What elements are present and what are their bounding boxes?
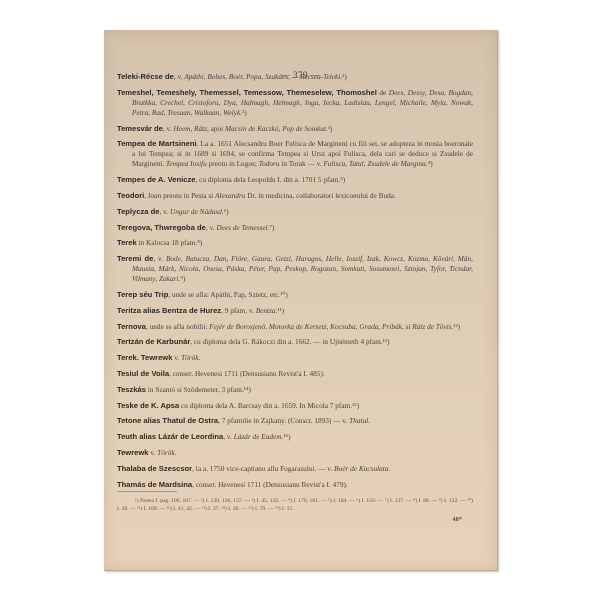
entry-text: ²) (242, 108, 247, 117)
entry-text: ¹⁶) (283, 432, 290, 441)
entry-text: si (404, 322, 413, 331)
entry-headword: Terep séu Trip (117, 290, 168, 299)
entry-headword: Tetone alias Thatul de Ostra (117, 416, 218, 425)
entry-text: ⁹) (180, 274, 185, 283)
entry-text: in Kalocsa 18 pfam. (137, 238, 198, 247)
entry-text: ¹²) (453, 322, 460, 331)
entry-text: Dr. in medicina, collaboratori lexiconul… (245, 191, 395, 200)
entry-text: , v. (153, 254, 166, 263)
entry-text: ¹⁴) (244, 385, 251, 394)
entry-headword: Teremi de (117, 254, 153, 263)
entry-text: , 9 pfam. v. (221, 306, 256, 315)
dictionary-entry: Temesvár de, v. Heem, Rátz, apoi Macsin … (117, 124, 473, 134)
entry-text: ³) (328, 124, 333, 133)
entry-text: Alexandru (215, 191, 245, 200)
entry-text: , conser. Hevenesi 1711 (Densusianu Revi… (192, 480, 348, 489)
dictionary-entry: Tempea de Martsineni. La a. 1651 Alecsan… (117, 139, 473, 169)
dictionary-entry: Tetone alias Thatul de Ostra, 7 pfamilie… (117, 416, 473, 426)
entry-headword: Tempes de A. Venicze (117, 175, 196, 184)
entry-text: Ungur de Nádasd. (170, 207, 224, 216)
entry-headword: Terek. Tewrewk (117, 353, 172, 362)
entry-text: Tempea Iosifu (166, 159, 207, 168)
entry-text: , cu diploma dela Leopoldu I. din a. 170… (196, 175, 341, 184)
entry-text: in Szantó si Szödemeter, 3 pfam. (146, 385, 244, 394)
entry-text: cu diploma dela A. Barcsay din a. 1659. … (179, 401, 352, 410)
dictionary-entry: Teremi de, v. Bode, Batucza, Dan, Flóre,… (117, 254, 473, 284)
entry-text: Török. (157, 448, 176, 457)
entry-text: , la a. 1750 vice-capitanu allu Fogarasu… (192, 464, 334, 473)
entry-text: , cu diploma dela G. Rákoczi din a. 1662… (190, 337, 383, 346)
entry-text: Bentza. (256, 306, 278, 315)
dictionary-entry: Temeshel, Temeshely, Themessel, Temessow… (117, 88, 473, 118)
entry-text: in Torak — v. (280, 159, 324, 168)
entry-text: Rátz de Tövis. (412, 322, 453, 331)
entry-text: , v. (174, 72, 184, 81)
entry-text: ¹⁵) (352, 401, 359, 410)
entry-headword: Tertzán de Karbunár (117, 337, 190, 346)
entry-headword: Teritza alias Bentza de Hurez (117, 306, 221, 315)
entry-text: Fejér de Borosjenö, Motorka de Kersetz, … (209, 322, 404, 331)
dictionary-entry: Terek in Kalocsa 18 pfam.⁸) (117, 238, 473, 248)
entry-text: , v. (160, 207, 170, 216)
dictionary-entries: Teleki-Récse de, v. Apáthi, Bohes, Boér,… (117, 72, 473, 495)
entry-text: Dees de Temessel. (216, 223, 269, 232)
dictionary-entry: Thalaba de Szescsor, la a. 1750 vice-cap… (117, 464, 473, 474)
entry-headword: Teodori (117, 191, 144, 200)
entry-headword: Teplycza de (117, 207, 160, 216)
entry-text: , apoi (207, 124, 225, 133)
entry-text: v. (149, 448, 158, 457)
dictionary-entry: Terep séu Trip, unde se afla: Apáthi, Pa… (117, 290, 473, 300)
entry-headword: Teuth alias Lázár de Leordina (117, 432, 223, 441)
book-page: — 379 — Teleki-Récse de, v. Apáthi, Bohe… (104, 30, 498, 571)
entry-text: ¹¹) (277, 306, 284, 315)
dictionary-entry: Tesiul de Voila, conser. Hevenesi 1711 (… (117, 369, 473, 379)
entry-text: Ioan (148, 191, 161, 200)
entry-text: , conser. Hevenesi 1711 (Densusianu Revi… (169, 369, 325, 378)
entry-text: Fulisca, Tatul, Zsudele de Margina. (323, 159, 427, 168)
dictionary-entry: Teregova, Thwregoba de, v. Dees de Temes… (117, 223, 473, 233)
entry-text: v. (172, 353, 181, 362)
entry-text: Macsin de Kaczkó, Pop de Somkut. (225, 124, 328, 133)
entry-text: , unde se afla: Apáthi, Pap, Sztetz, etc… (168, 290, 280, 299)
entry-headword: Temesvár de (117, 124, 163, 133)
footnote-separator (117, 491, 177, 492)
entry-headword: Tesiul de Voila (117, 369, 169, 378)
entry-text: Thatul. (349, 416, 370, 425)
entry-text: , v. (223, 432, 233, 441)
entry-headword: Tempea de Martsineni (117, 139, 197, 148)
entry-headword: Teszkás (117, 385, 146, 394)
dictionary-entry: Teske de K. Apsa cu diploma dela A. Barc… (117, 401, 473, 411)
entry-text: ⁷) (269, 223, 274, 232)
dictionary-entry: Tertzán de Karbunár, cu diploma dela G. … (117, 337, 473, 347)
footnotes: ¹) Partea I. pag. 106, 107. — ²) I. 130,… (117, 498, 473, 513)
entry-headword: Tewrewk (117, 448, 149, 457)
entry-headword: Teleki-Récse de (117, 72, 174, 81)
dictionary-entry: Teodori, Ioan preotu in Pesta si Alexand… (117, 191, 473, 201)
dictionary-entry: Tempes de A. Venicze, cu diploma dela Le… (117, 175, 473, 185)
dictionary-entry: Teplycza de, v. Ungur de Nádasd.⁶) (117, 207, 473, 217)
entry-text: , v. (163, 124, 173, 133)
entry-text: preotu in Lugos; (207, 159, 259, 168)
dictionary-entry: Terek. Tewrewk v. Török. (117, 353, 473, 363)
entry-text: , unde se afla nobilii: (146, 322, 209, 331)
entry-text: Török. (181, 353, 200, 362)
entry-text: de (377, 88, 389, 97)
entry-text: ⁵) (340, 175, 345, 184)
entry-text: , 7 pfamilie in Zajkany. (Conscr. 1893) … (218, 416, 349, 425)
entry-text: Boér de Kucsulata. (334, 464, 390, 473)
entry-text: ¹⁰) (280, 290, 288, 299)
entry-headword: Teske de K. Apsa (117, 401, 179, 410)
entry-text: , v. (206, 223, 216, 232)
printer-signature: 48* (452, 516, 462, 523)
dictionary-entry: Teritza alias Bentza de Hurez, 9 pfam. v… (117, 306, 473, 316)
entry-headword: Thalaba de Szescsor (117, 464, 192, 473)
entry-headword: Ternova (117, 322, 146, 331)
dictionary-entry: Thamás de Mardsina, conser. Hevenesi 171… (117, 480, 473, 490)
entry-headword: Thamás de Mardsina (117, 480, 192, 489)
dictionary-entry: Teuth alias Lázár de Leordina, v. Lázár … (117, 432, 473, 442)
entry-text: ⁶) (224, 207, 229, 216)
entry-text: ¹³) (383, 337, 390, 346)
entry-headword: Terek (117, 238, 137, 247)
entry-text: Lázár de Eadem. (234, 432, 284, 441)
entry-headword: Teregova, Thwregoba de (117, 223, 206, 232)
dictionary-entry: Teleki-Récse de, v. Apáthi, Bohes, Boér,… (117, 72, 473, 82)
entry-headword: Temeshel, Temeshely, Themessel, Temessow… (117, 88, 377, 97)
entry-text: Apáthi, Bohes, Boér, Popa, Szakáes, — Re… (184, 72, 342, 81)
dictionary-entry: Ternova, unde se afla nobilii: Fejér de … (117, 322, 473, 332)
entry-text: preotu in Pesta si (161, 191, 215, 200)
entry-text: ⁸) (197, 238, 202, 247)
entry-text: ⁴) (428, 159, 433, 168)
entry-text: Todoru (259, 159, 280, 168)
dictionary-entry: Teszkás in Szantó si Szödemeter, 3 pfam.… (117, 385, 473, 395)
dictionary-entry: Tewrewk v. Török. (117, 448, 473, 458)
entry-text: ¹) (342, 72, 347, 81)
entry-text: Heem, Rátz (173, 124, 207, 133)
